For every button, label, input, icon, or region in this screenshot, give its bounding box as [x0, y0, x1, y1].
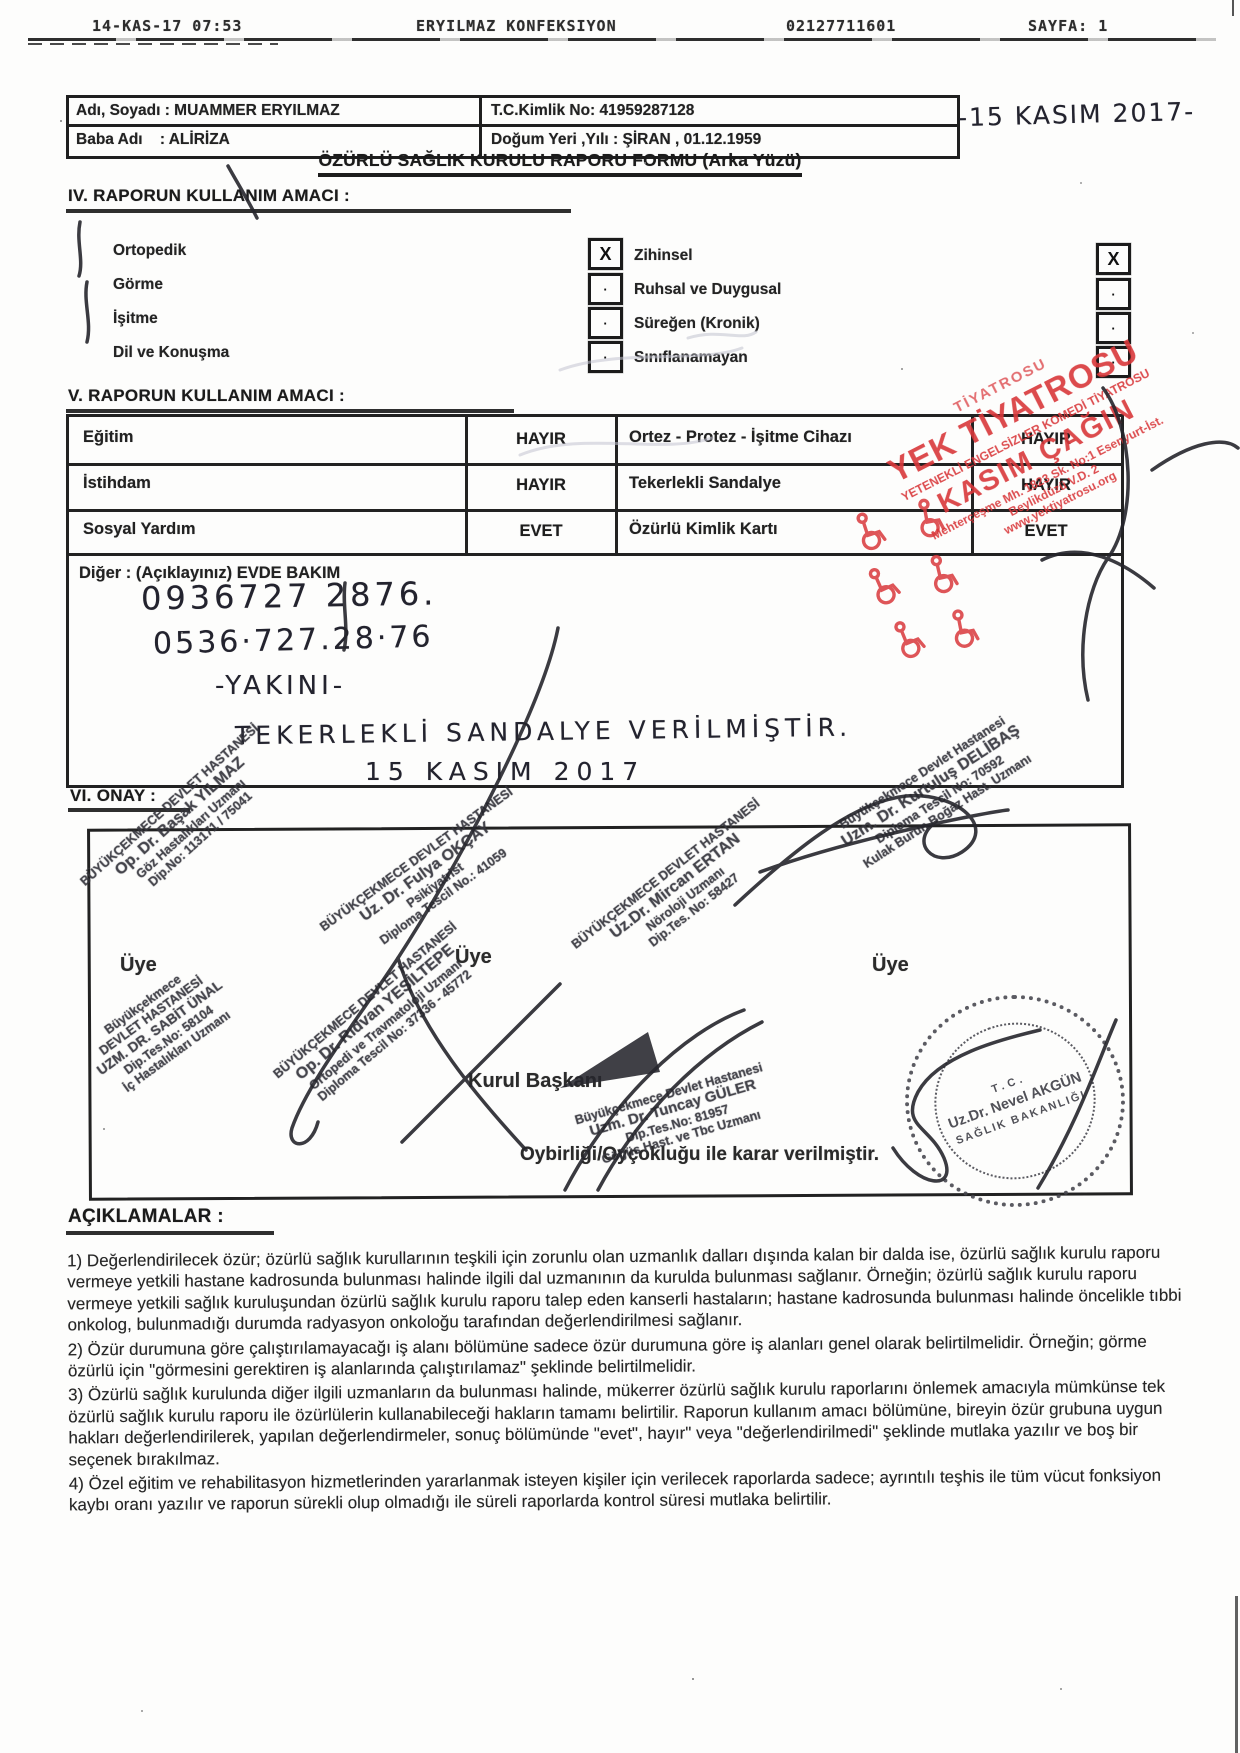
check-label-ruhsal: Ruhsal ve Duygusal [634, 281, 781, 299]
tc-id-field: T.C.Kimlik No: 41959287128 [491, 102, 694, 120]
row-sandalye-label: Tekerlekli Sandalye [629, 474, 781, 493]
check-label-siniflanamayan: Sınıflanamayan [634, 349, 748, 367]
checkbox-mark: X [599, 244, 611, 265]
explanation-paragraph-2: 2) Özür durumuna göre çalıştırılamayacağ… [68, 1330, 1190, 1382]
scan-edge-line [1235, 1596, 1238, 1753]
row-sosyal-label: Sosyal Yardım [83, 520, 196, 539]
fax-phone: 02127711601 [786, 17, 896, 35]
check-label-suregen: Süreğen (Kronik) [634, 315, 760, 333]
checkbox-mark: X [1107, 249, 1119, 270]
form-title: ÖZÜRLÜ SAĞLIK KURULU RAPORU FORMU (Arka … [250, 150, 870, 177]
fax-datetime: 14-KAS-17 07:53 [92, 17, 242, 35]
check-label-isitme: İşitme [113, 310, 158, 328]
explanation-paragraph-1: 1) Değerlendirilecek özür; özürlü sağlık… [67, 1242, 1190, 1336]
member-label-1: Üye [120, 954, 157, 977]
handwritten-phone-1: 0936727 2876. [141, 574, 438, 617]
checkbox-isitme: · [588, 307, 623, 339]
birth-field: Doğum Yeri ,Yılı : ŞİRAN , 01.12.1959 [491, 131, 761, 149]
form-title-text: ÖZÜRLÜ SAĞLIK KURULU RAPORU FORMU (Arka … [318, 150, 801, 177]
check-label-gorme: Görme [113, 276, 163, 294]
fax-sender: ERYILMAZ KONFEKSIYON [416, 17, 617, 35]
board-chair-label: Kurul Başkanı [468, 1070, 602, 1093]
checkbox-mark: · [603, 282, 607, 297]
explanations-underline [66, 1231, 274, 1235]
table-line [615, 417, 618, 556]
father-name-field: Baba Adı : ALİRİZA [76, 131, 230, 149]
check-label-ortopedik: Ortopedik [113, 242, 186, 260]
checkbox-mark: · [603, 350, 607, 365]
scan-speckles [60, 120, 62, 122]
scan-edge-mark [1232, 0, 1234, 16]
handwritten-note: TEKERLEKLİ SANDALYE VERİLMİŞTİR. [235, 713, 852, 751]
fax-divider-dashes [28, 43, 278, 45]
checkbox-dil-konusma: · [588, 341, 623, 373]
member-label-3: Üye [872, 954, 909, 977]
row-istihdam-label: İstihdam [83, 474, 151, 493]
explanation-paragraph-3: 3) Özürlü sağlık kurulunda diğer ilgili … [68, 1376, 1191, 1470]
row-kimlik-label: Özürlü Kimlik Kartı [629, 520, 778, 539]
row-divider [69, 124, 957, 127]
row-ortez-label: Ortez - Protez - İşitme Cihazı [629, 428, 852, 447]
handwritten-date: -15 KASIM 2017- [958, 97, 1196, 132]
section4-underline [66, 209, 571, 213]
fax-divider-line [28, 38, 1216, 41]
section5-heading: V. RAPORUN KULLANIM AMACI : [68, 386, 345, 406]
row-sosyal-value: EVET [467, 522, 615, 541]
row-egitim-value: HAYIR [467, 430, 615, 449]
scanned-fax-page: 14-KAS-17 07:53 ERYILMAZ KONFEKSIYON 021… [0, 0, 1240, 1753]
explanations-heading: AÇIKLAMALAR : [68, 1206, 224, 1228]
handwritten-note-date: 15 KASIM 2017 [365, 757, 645, 786]
row-istihdam-value: HAYIR [467, 476, 615, 495]
check-label-dil-konusma: Dil ve Konuşma [113, 344, 229, 362]
round-hospital-seal: T.C. Uz.Dr. Nevel AKGÜN SAĞLIK BAKANLIĞI [905, 995, 1125, 1207]
section4-heading: IV. RAPORUN KULLANIM AMACI : [68, 186, 350, 206]
explanations-body: 1) Değerlendirilecek özür; özürlü sağlık… [67, 1242, 1191, 1520]
explanation-paragraph-4: 4) Özel eğitim ve rehabilitasyon hizmetl… [69, 1465, 1191, 1517]
checkbox-mark: · [603, 316, 607, 331]
checkbox-ortopedik: X [588, 238, 623, 270]
fax-page-number: SAYFA: 1 [1028, 17, 1108, 35]
row-egitim-label: Eğitim [83, 428, 133, 447]
checkbox-ruhsal: · [1096, 278, 1131, 310]
checkbox-gorme: · [588, 273, 623, 305]
check-label-zihinsel: Zihinsel [634, 247, 693, 265]
checkbox-mark: · [1111, 287, 1115, 302]
column-divider [479, 98, 482, 156]
handwritten-phone-2: 0536·727.28·76 [153, 619, 434, 661]
seal-inner: T.C. Uz.Dr. Nevel AKGÜN SAĞLIK BAKANLIĞI [912, 1000, 1118, 1202]
section6-heading: VI. ONAY : [70, 786, 156, 806]
name-field: Adı, Soyadı : MUAMMER ERYILMAZ [76, 102, 340, 120]
checkbox-zihinsel: X [1096, 243, 1131, 275]
section5-underline [66, 409, 514, 413]
